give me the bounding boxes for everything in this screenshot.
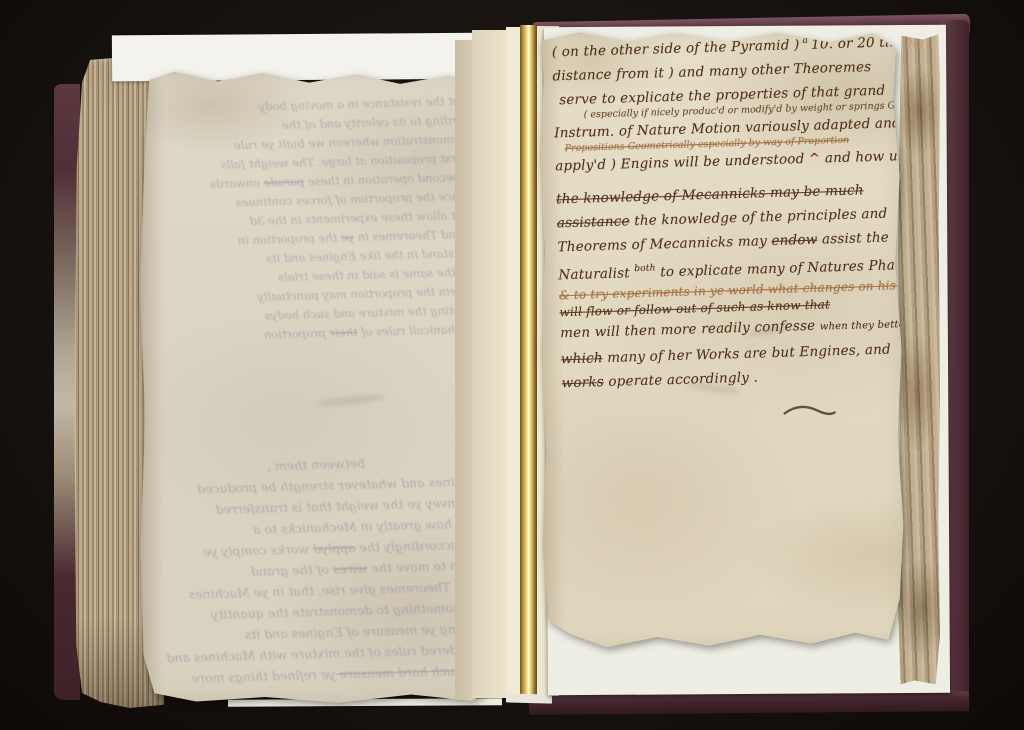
gutter-page-fold	[472, 30, 506, 698]
handwriting-block: ( on the other side of the Pyramid ) a 1…	[551, 26, 903, 395]
left-page: That the resistance in a moving bodyacco…	[138, 66, 502, 706]
photo-background: That the resistance in a moving bodyacco…	[0, 0, 1024, 730]
gutter-page-fold	[455, 40, 472, 700]
gilt-gutter-strip	[520, 25, 537, 698]
ink-show-through-upper: That the resistance in a moving bodyacco…	[147, 91, 492, 347]
folio-number: 381	[906, 38, 926, 51]
gutter-foot-sheet-edge	[506, 693, 552, 703]
right-page: ( on the other side of the Pyramid ) a 1…	[535, 26, 906, 651]
ink-show-through-lower: between them ,Engines and whatever stren…	[147, 449, 491, 689]
stray-ink-mark	[783, 399, 837, 421]
gutter-page-fold	[506, 27, 520, 697]
ragged-leaf-guard-strip: 381	[898, 33, 940, 687]
page-smudge	[316, 392, 387, 408]
